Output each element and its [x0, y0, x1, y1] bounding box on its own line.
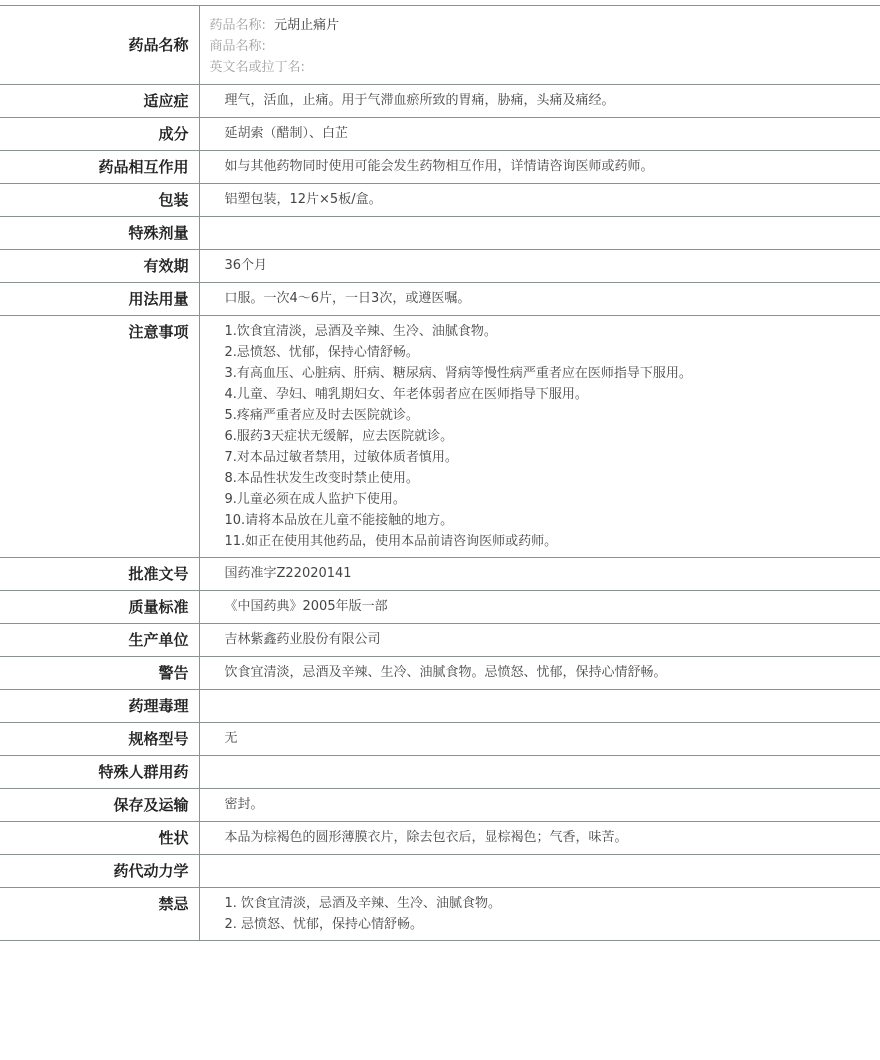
value-dosage: 口服。一次4～6片，一日3次，或遵医嘱。	[199, 283, 880, 316]
label-ingredients: 成分	[0, 118, 199, 151]
precaution-item: 7.对本品过敏者禁用，过敏体质者慎用。	[225, 447, 880, 468]
row-warning: 警告 饮食宜清淡，忌酒及辛辣、生冷、油腻食物。忌愤怒、忧郁，保持心情舒畅。	[0, 657, 880, 690]
value-precautions: 1.饮食宜清淡，忌酒及辛辣、生冷、油腻食物。 2.忌愤怒、忧郁，保持心情舒畅。 …	[199, 316, 880, 558]
label-specification: 规格型号	[0, 723, 199, 756]
label-manufacturer: 生产单位	[0, 624, 199, 657]
value-drug-name: 药品名称: 元胡止痛片 商品名称: 英文名或拉丁名:	[199, 6, 880, 85]
value-storage: 密封。	[199, 789, 880, 822]
label-contraindications: 禁忌	[0, 888, 199, 941]
value-approval-number: 国药准字Z22020141	[199, 558, 880, 591]
row-shelf-life: 有效期 36个月	[0, 250, 880, 283]
value-quality-standard: 《中国药典》2005年版一部	[199, 591, 880, 624]
row-indications: 适应症 理气，活血，止痛。用于气滞血瘀所致的胃痛，胁痛，头痛及痛经。	[0, 85, 880, 118]
label-indications: 适应症	[0, 85, 199, 118]
precaution-item: 2.忌愤怒、忧郁，保持心情舒畅。	[225, 342, 880, 363]
row-pharmacology: 药理毒理	[0, 690, 880, 723]
value-interactions: 如与其他药物同时使用可能会发生药物相互作用，详情请咨询医师或药师。	[199, 151, 880, 184]
label-pharmacology: 药理毒理	[0, 690, 199, 723]
value-manufacturer: 吉林紫鑫药业股份有限公司	[199, 624, 880, 657]
value-special-population	[199, 756, 880, 789]
value-contraindications: 1. 饮食宜清淡，忌酒及辛辣、生冷、油腻食物。 2. 忌愤怒、忧郁，保持心情舒畅…	[199, 888, 880, 941]
row-storage: 保存及运输 密封。	[0, 789, 880, 822]
row-special-population: 特殊人群用药	[0, 756, 880, 789]
label-dosage: 用法用量	[0, 283, 199, 316]
value-description: 本品为棕褐色的圆形薄膜衣片，除去包衣后，显棕褐色；气香，味苦。	[199, 822, 880, 855]
row-quality-standard: 质量标准 《中国药典》2005年版一部	[0, 591, 880, 624]
row-contraindications: 禁忌 1. 饮食宜清淡，忌酒及辛辣、生冷、油腻食物。 2. 忌愤怒、忧郁，保持心…	[0, 888, 880, 941]
precaution-item: 4.儿童、孕妇、哺乳期妇女、年老体弱者应在医师指导下服用。	[225, 384, 880, 405]
label-storage: 保存及运输	[0, 789, 199, 822]
precaution-item: 1.饮食宜清淡，忌酒及辛辣、生冷、油腻食物。	[225, 321, 880, 342]
value-pharmacology	[199, 690, 880, 723]
label-packaging: 包装	[0, 184, 199, 217]
label-approval-number: 批准文号	[0, 558, 199, 591]
value-pharmacokinetics	[199, 855, 880, 888]
value-warning: 饮食宜清淡，忌酒及辛辣、生冷、油腻食物。忌愤怒、忧郁，保持心情舒畅。	[199, 657, 880, 690]
label-warning: 警告	[0, 657, 199, 690]
precaution-item: 3.有高血压、心脏病、肝病、糖尿病、肾病等慢性病严重者应在医师指导下服用。	[225, 363, 880, 384]
row-description: 性状 本品为棕褐色的圆形薄膜衣片，除去包衣后，显棕褐色；气香，味苦。	[0, 822, 880, 855]
row-interactions: 药品相互作用 如与其他药物同时使用可能会发生药物相互作用，详情请咨询医师或药师。	[0, 151, 880, 184]
precaution-item: 9.儿童必须在成人监护下使用。	[225, 489, 880, 510]
precaution-item: 10.请将本品放在儿童不能接触的地方。	[225, 510, 880, 531]
precaution-item: 11.如正在使用其他药品，使用本品前请咨询医师或药师。	[225, 531, 880, 552]
label-special-dosage: 特殊剂量	[0, 217, 199, 250]
contraindication-item: 2. 忌愤怒、忧郁，保持心情舒畅。	[225, 914, 880, 935]
row-drug-name: 药品名称 药品名称: 元胡止痛片 商品名称: 英文名或拉丁名:	[0, 6, 880, 85]
value-shelf-life: 36个月	[199, 250, 880, 283]
label-precautions: 注意事项	[0, 316, 199, 558]
row-pharmacokinetics: 药代动力学	[0, 855, 880, 888]
drug-spec-table: 药品名称 药品名称: 元胡止痛片 商品名称: 英文名或拉丁名: 适应症 理气，活…	[0, 5, 880, 941]
value-special-dosage	[199, 217, 880, 250]
trade-name-label: 商品名称:	[210, 39, 266, 54]
precaution-item: 8.本品性状发生改变时禁止使用。	[225, 468, 880, 489]
generic-name-label: 药品名称:	[210, 18, 266, 33]
label-pharmacokinetics: 药代动力学	[0, 855, 199, 888]
generic-name-value: 元胡止痛片	[274, 18, 339, 33]
english-name-label: 英文名或拉丁名:	[210, 60, 305, 75]
label-interactions: 药品相互作用	[0, 151, 199, 184]
label-shelf-life: 有效期	[0, 250, 199, 283]
english-name-line: 英文名或拉丁名:	[210, 57, 880, 78]
precaution-item: 6.服药3天症状无缓解，应去医院就诊。	[225, 426, 880, 447]
label-description: 性状	[0, 822, 199, 855]
row-approval-number: 批准文号 国药准字Z22020141	[0, 558, 880, 591]
row-ingredients: 成分 延胡索（醋制）、白芷	[0, 118, 880, 151]
label-drug-name: 药品名称	[0, 6, 199, 85]
generic-name-line: 药品名称: 元胡止痛片	[210, 15, 880, 36]
trade-name-line: 商品名称:	[210, 36, 880, 57]
row-packaging: 包装 铝塑包装，12片×5板/盒。	[0, 184, 880, 217]
row-special-dosage: 特殊剂量	[0, 217, 880, 250]
precaution-item: 5.疼痛严重者应及时去医院就诊。	[225, 405, 880, 426]
value-ingredients: 延胡索（醋制）、白芷	[199, 118, 880, 151]
value-packaging: 铝塑包装，12片×5板/盒。	[199, 184, 880, 217]
contraindication-item: 1. 饮食宜清淡，忌酒及辛辣、生冷、油腻食物。	[225, 893, 880, 914]
label-quality-standard: 质量标准	[0, 591, 199, 624]
label-special-population: 特殊人群用药	[0, 756, 199, 789]
row-specification: 规格型号 无	[0, 723, 880, 756]
row-manufacturer: 生产单位 吉林紫鑫药业股份有限公司	[0, 624, 880, 657]
value-indications: 理气，活血，止痛。用于气滞血瘀所致的胃痛，胁痛，头痛及痛经。	[199, 85, 880, 118]
row-dosage: 用法用量 口服。一次4～6片，一日3次，或遵医嘱。	[0, 283, 880, 316]
value-specification: 无	[199, 723, 880, 756]
row-precautions: 注意事项 1.饮食宜清淡，忌酒及辛辣、生冷、油腻食物。 2.忌愤怒、忧郁，保持心…	[0, 316, 880, 558]
